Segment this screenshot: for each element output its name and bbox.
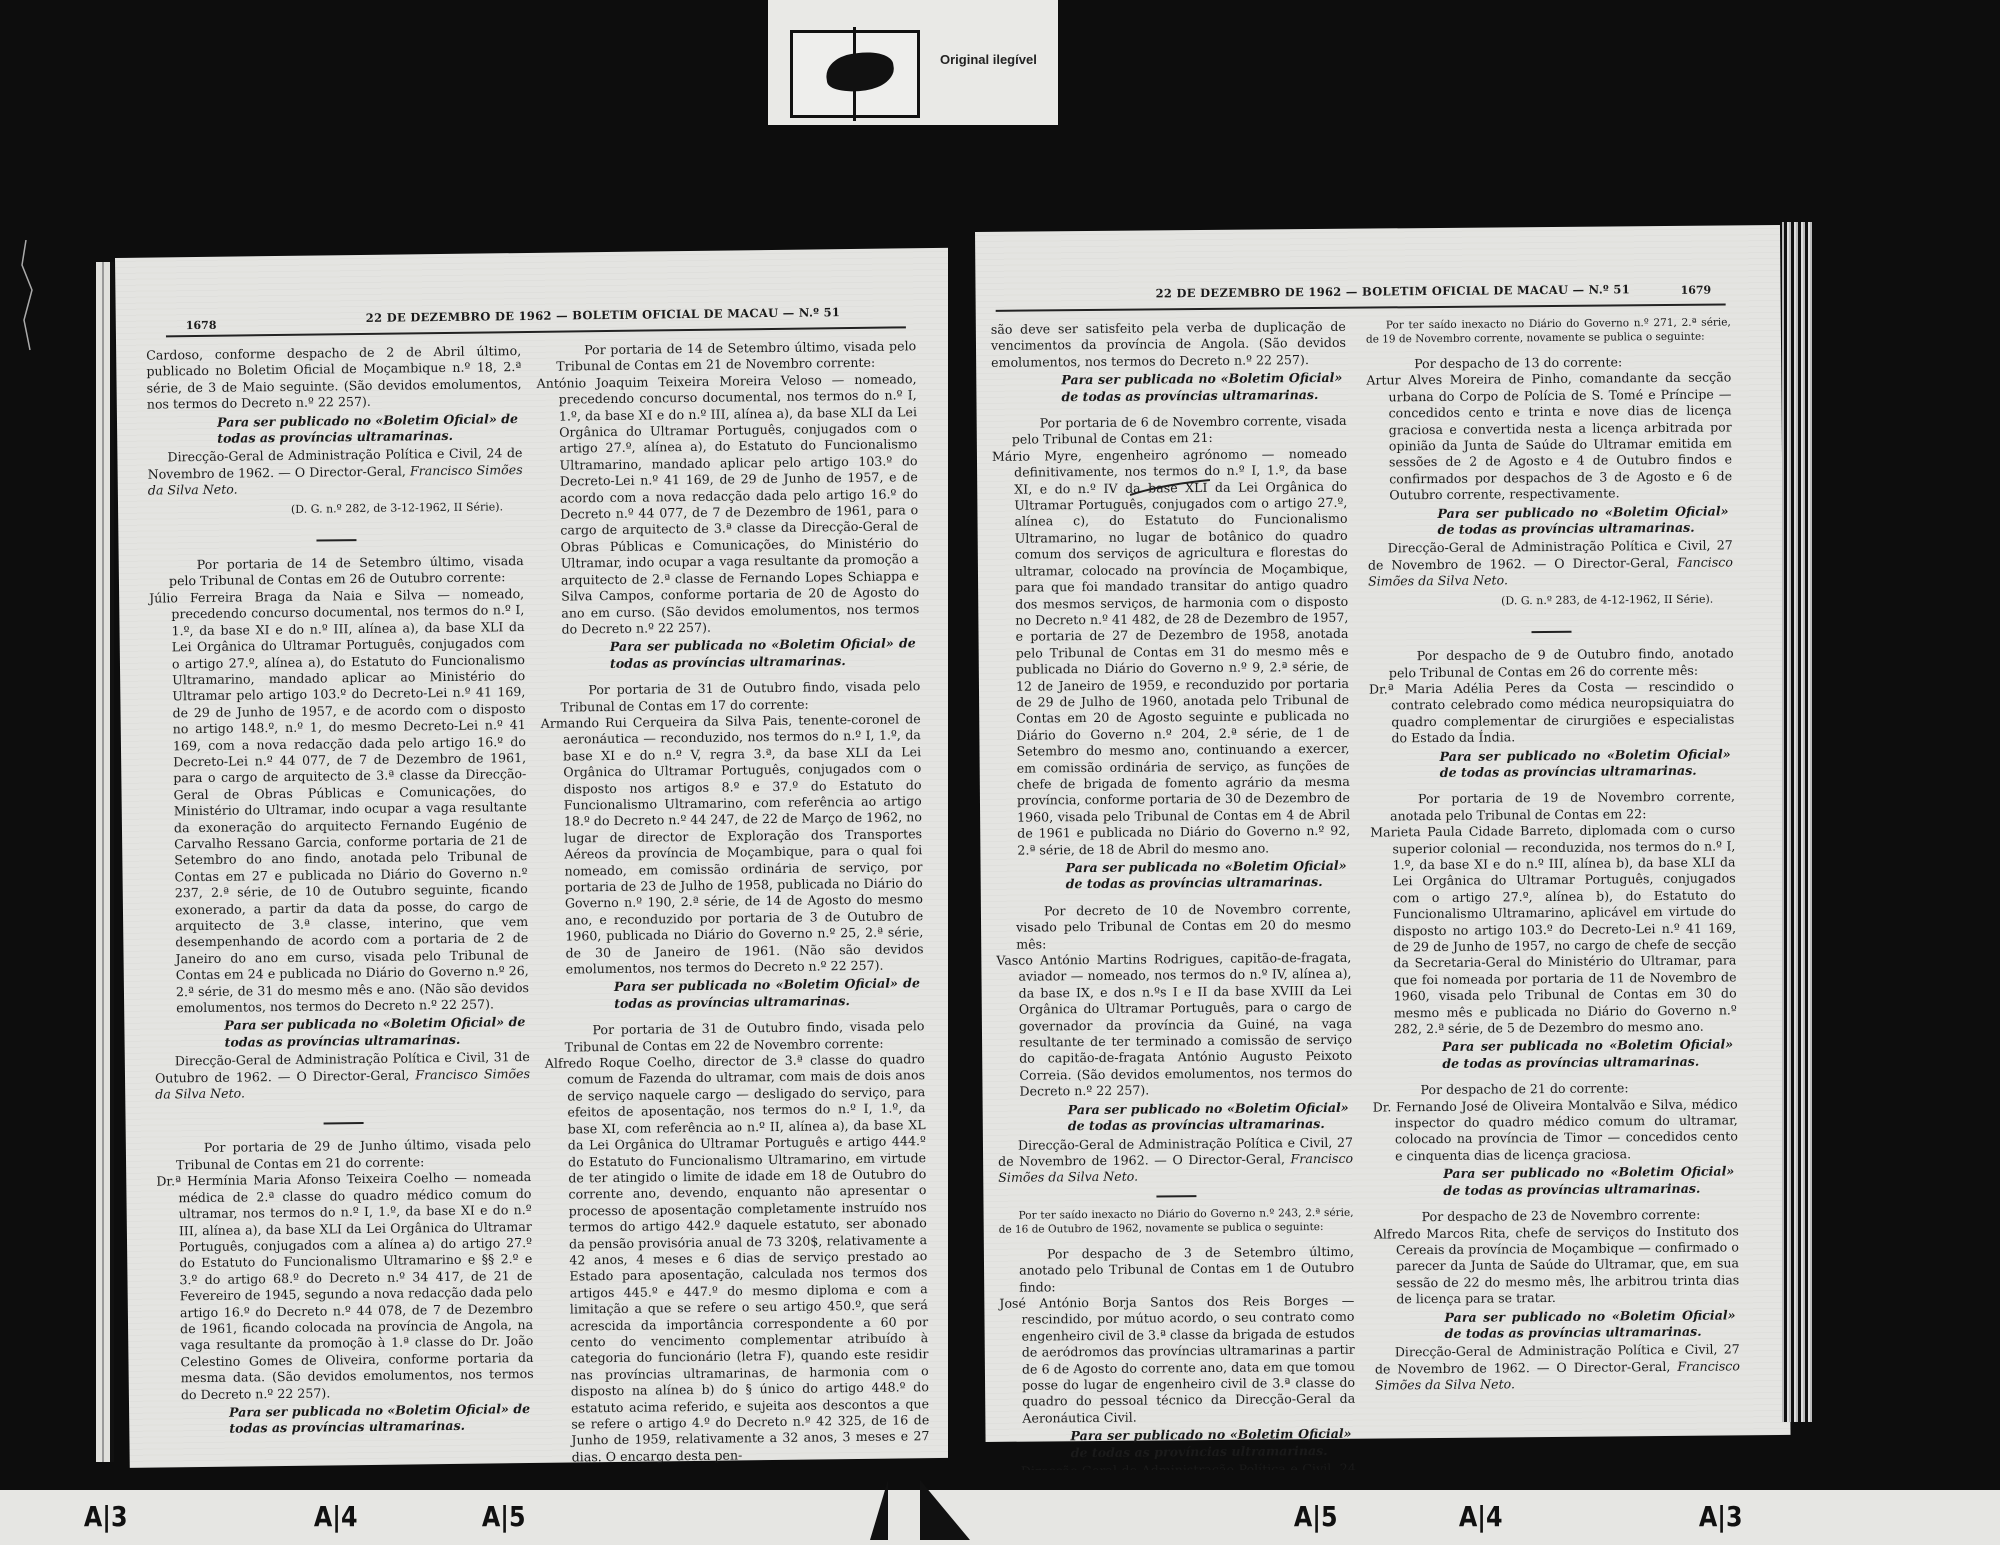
right-page: 22 DE DEZEMBRO DE 1962 — BOLETIM OFICIAL… [975, 225, 1791, 1442]
left-page-column-2: Por portaria de 14 de Setembro último, v… [536, 338, 930, 1466]
decree-heading: Por portaria de 19 de Novembro corrente,… [1370, 789, 1735, 825]
decree-heading: Por portaria de 14 de Setembro último, v… [536, 338, 916, 375]
pen-stroke-mark [1130, 470, 1210, 500]
publication-note: Para ser publicado no «Boletim Oficial» … [1000, 1426, 1355, 1462]
reference: (D. G. n.º 283, de 4-12-1962, II Série). [1368, 591, 1733, 611]
header-rule [996, 303, 1726, 311]
decree-entry: Mário Myre, engenheiro agrónomo — nomead… [992, 446, 1351, 859]
decree-entry: Dr.ª Hermínia Maria Afonso Teixeira Coel… [156, 1169, 534, 1403]
publication-note: Para ser publicado no «Boletim Oficial» … [1367, 503, 1732, 539]
decree-entry: Vasco António Martins Rodrigues, capitão… [996, 950, 1352, 1101]
correction-note: Por ter saído inexacto no Diário do Gove… [999, 1205, 1354, 1236]
publication-note: Para ser publicado no «Boletim Oficial» … [1373, 1164, 1738, 1200]
frame-marker: A|5 [1294, 1500, 1338, 1533]
publication-note: Para ser publicado no «Boletim Oficial» … [998, 1099, 1353, 1135]
illegible-original-tag: Original ilegível [768, 0, 1058, 125]
page-number: 1679 [1680, 284, 1711, 297]
correction-note: Por ter saído inexacto no Diário do Gove… [1366, 315, 1731, 346]
signature: Direcção-Geral de Administração Política… [1375, 1342, 1740, 1394]
running-head: 22 DE DEZEMBRO DE 1962 — BOLETIM OFICIAL… [366, 305, 841, 325]
publication-note: Para ser publicado no «Boletim Oficial» … [147, 411, 522, 448]
right-page-column-2: Por ter saído inexacto no Diário do Gove… [1366, 315, 1740, 1394]
header-rule [166, 326, 906, 337]
book-gutter [948, 240, 976, 1480]
left-page: 1678 22 DE DEZEMBRO DE 1962 — BOLETIM OF… [115, 248, 970, 1468]
illegible-label: Original ilegível [940, 52, 1037, 67]
decree-entry: Alfredo Roque Coelho, director de 3.ª cl… [545, 1051, 930, 1466]
signature: Direcção-Geral de Administração Política… [155, 1049, 531, 1103]
decree-heading: Por portaria de 31 de Outubro findo, vis… [540, 678, 920, 715]
frame-marker: A|4 [314, 1500, 358, 1533]
paragraph: são deve ser satisfeito pela verba de du… [991, 319, 1346, 371]
decree-entry: José António Borja Santos dos Reis Borge… [999, 1293, 1355, 1427]
decree-entry: Júlio Ferreira Braga da Naia e Silva — n… [149, 586, 529, 1017]
frame-marker: A|4 [1459, 1500, 1503, 1533]
signature: Direcção-Geral de Administração Política… [1368, 538, 1733, 590]
decree-heading: Por portaria de 31 de Outubro findo, vis… [544, 1018, 924, 1055]
film-strip-bottom: A|3 A|4 A|5 A|5 A|4 A|3 [0, 1490, 2000, 1545]
section-divider [323, 1123, 363, 1125]
decree-heading: Por portaria de 6 de Novembro corrente, … [992, 413, 1347, 449]
frame-marker: A|3 [1699, 1500, 1743, 1533]
publication-note: Para ser publicada no «Boletim Oficial» … [154, 1014, 529, 1051]
fold-marker-right [920, 1480, 970, 1540]
page-number: 1678 [186, 319, 217, 332]
publication-note: Para ser publicada no «Boletim Oficial» … [995, 858, 1350, 894]
left-page-edge [96, 262, 114, 1462]
reference: (D. G. n.º 282, de 3-12-1962, II Série). [148, 499, 523, 520]
decree-entry: António Joaquim Teixeira Moreira Veloso … [536, 371, 919, 638]
right-page-stack-edge [1782, 222, 1812, 1422]
decree-entry: Marieta Paula Cidade Barreto, diplomada … [1370, 822, 1737, 1038]
publication-note: Para ser publicada no «Boletim Oficial» … [991, 370, 1346, 406]
section-divider [316, 539, 356, 541]
book-with-blot-icon [790, 30, 920, 118]
decree-heading: Por decreto de 10 de Novembro corrente, … [996, 901, 1351, 953]
paragraph: Cardoso, conforme despacho de 2 de Abril… [146, 343, 522, 413]
left-page-column-1: Cardoso, conforme despacho de 2 de Abril… [146, 343, 534, 1440]
publication-note: Para ser publicado no «Boletim Oficial» … [1370, 746, 1735, 782]
decree-heading: Por despacho de 9 de Outubro findo, anot… [1369, 645, 1734, 681]
decree-entry: Artur Alves Moreira de Pinho, comandante… [1366, 370, 1732, 504]
running-head: 22 DE DEZEMBRO DE 1962 — BOLETIM OFICIAL… [1155, 282, 1630, 300]
decree-heading: Por portaria de 14 de Setembro último, v… [149, 553, 524, 590]
publication-note: Para ser publicado no «Boletim Oficial» … [1374, 1307, 1739, 1343]
frame-marker: A|3 [84, 1500, 128, 1533]
publication-note: Para ser publicada no «Boletim Oficial» … [159, 1401, 534, 1438]
publication-note: Para ser publicada no «Boletim Oficial» … [1372, 1037, 1737, 1073]
decree-entry: Alfredo Marcos Rita, chefe de serviços d… [1374, 1223, 1740, 1308]
left-page-edge-line [102, 262, 104, 1462]
decree-entry: Dr.ª Maria Adélia Peres da Costa — resci… [1369, 678, 1735, 747]
fold-marker-left [870, 1480, 888, 1540]
signature: Direcção-Geral de Administração Política… [998, 1134, 1353, 1186]
decree-heading: Por portaria de 29 de Junho último, visa… [156, 1136, 531, 1173]
publication-note: Para ser publicada no «Boletim Oficial» … [544, 976, 924, 1013]
decree-entry: Dr. Fernando José de Oliveira Montalvão … [1373, 1096, 1739, 1165]
film-scratch [18, 240, 48, 360]
publication-note: Para ser publicada no «Boletim Oficial» … [540, 636, 920, 673]
decree-entry: Armando Rui Cerqueira da Silva Pais, ten… [541, 711, 924, 978]
section-divider [1531, 631, 1571, 633]
signature: Direcção-Geral de Administração Política… [147, 445, 523, 499]
section-divider [1156, 1195, 1196, 1197]
decree-heading: Por despacho de 3 de Setembro último, an… [999, 1243, 1354, 1295]
frame-marker: A|5 [482, 1500, 526, 1533]
